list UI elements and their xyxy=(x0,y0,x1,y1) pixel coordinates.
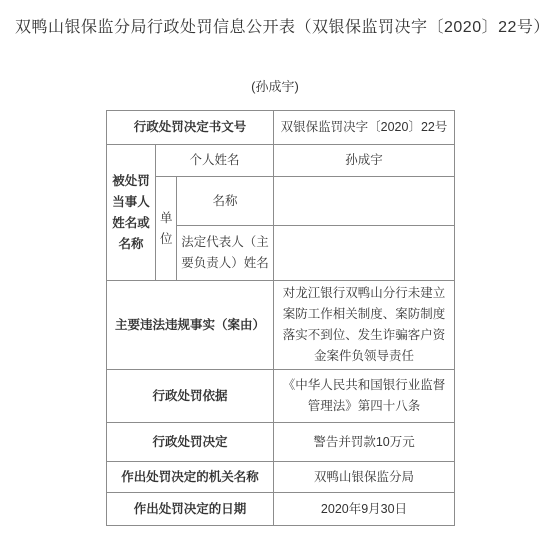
row-doc-number: 行政处罚决定书文号 双银保监罚决字〔2020〕22号 xyxy=(107,111,455,145)
legal-rep-value xyxy=(274,226,455,281)
doc-number-value: 双银保监罚决字〔2020〕22号 xyxy=(274,111,455,145)
date-value: 2020年9月30日 xyxy=(274,493,455,526)
authority-label: 作出处罚决定的机关名称 xyxy=(107,462,274,493)
org-name-value xyxy=(274,177,455,226)
basis-label: 行政处罚依据 xyxy=(107,370,274,423)
individual-name-value: 孙成宇 xyxy=(274,145,455,177)
row-decision: 行政处罚决定 警告并罚款10万元 xyxy=(107,423,455,462)
row-basis: 行政处罚依据 《中华人民共和国银行业监督管理法》第四十八条 xyxy=(107,370,455,423)
org-unit-label: 单位 xyxy=(156,177,177,281)
legal-rep-label: 法定代表人（主要负责人）姓名 xyxy=(177,226,274,281)
row-date: 作出处罚决定的日期 2020年9月30日 xyxy=(107,493,455,526)
punished-party-label: 被处罚当事人姓名或名称 xyxy=(107,145,156,281)
row-violation: 主要违法违规事实（案由） 对龙江银行双鸭山分行未建立案防工作相关制度、案防制度落… xyxy=(107,281,455,370)
date-label: 作出处罚决定的日期 xyxy=(107,493,274,526)
row-org-name: 单位 名称 xyxy=(107,177,455,226)
authority-value: 双鸭山银保监分局 xyxy=(274,462,455,493)
violation-label: 主要违法违规事实（案由） xyxy=(107,281,274,370)
individual-name-label: 个人姓名 xyxy=(156,145,274,177)
org-name-label: 名称 xyxy=(177,177,274,226)
row-authority: 作出处罚决定的机关名称 双鸭山银保监分局 xyxy=(107,462,455,493)
page-title: 双鸭山银保监分局行政处罚信息公开表（双银保监罚决字〔2020〕22号） xyxy=(15,18,540,38)
violation-value: 对龙江银行双鸭山分行未建立案防工作相关制度、案防制度落实不到位、发生诈骗客户资金… xyxy=(274,281,455,370)
doc-number-label: 行政处罚决定书文号 xyxy=(107,111,274,145)
decision-label: 行政处罚决定 xyxy=(107,423,274,462)
basis-value: 《中华人民共和国银行业监督管理法》第四十八条 xyxy=(274,370,455,423)
page-subtitle: (孙成宇) xyxy=(0,76,550,95)
decision-value: 警告并罚款10万元 xyxy=(274,423,455,462)
row-individual-name: 被处罚当事人姓名或名称 个人姓名 孙成宇 xyxy=(107,145,455,177)
penalty-table: 行政处罚决定书文号 双银保监罚决字〔2020〕22号 被处罚当事人姓名或名称 个… xyxy=(106,110,455,526)
